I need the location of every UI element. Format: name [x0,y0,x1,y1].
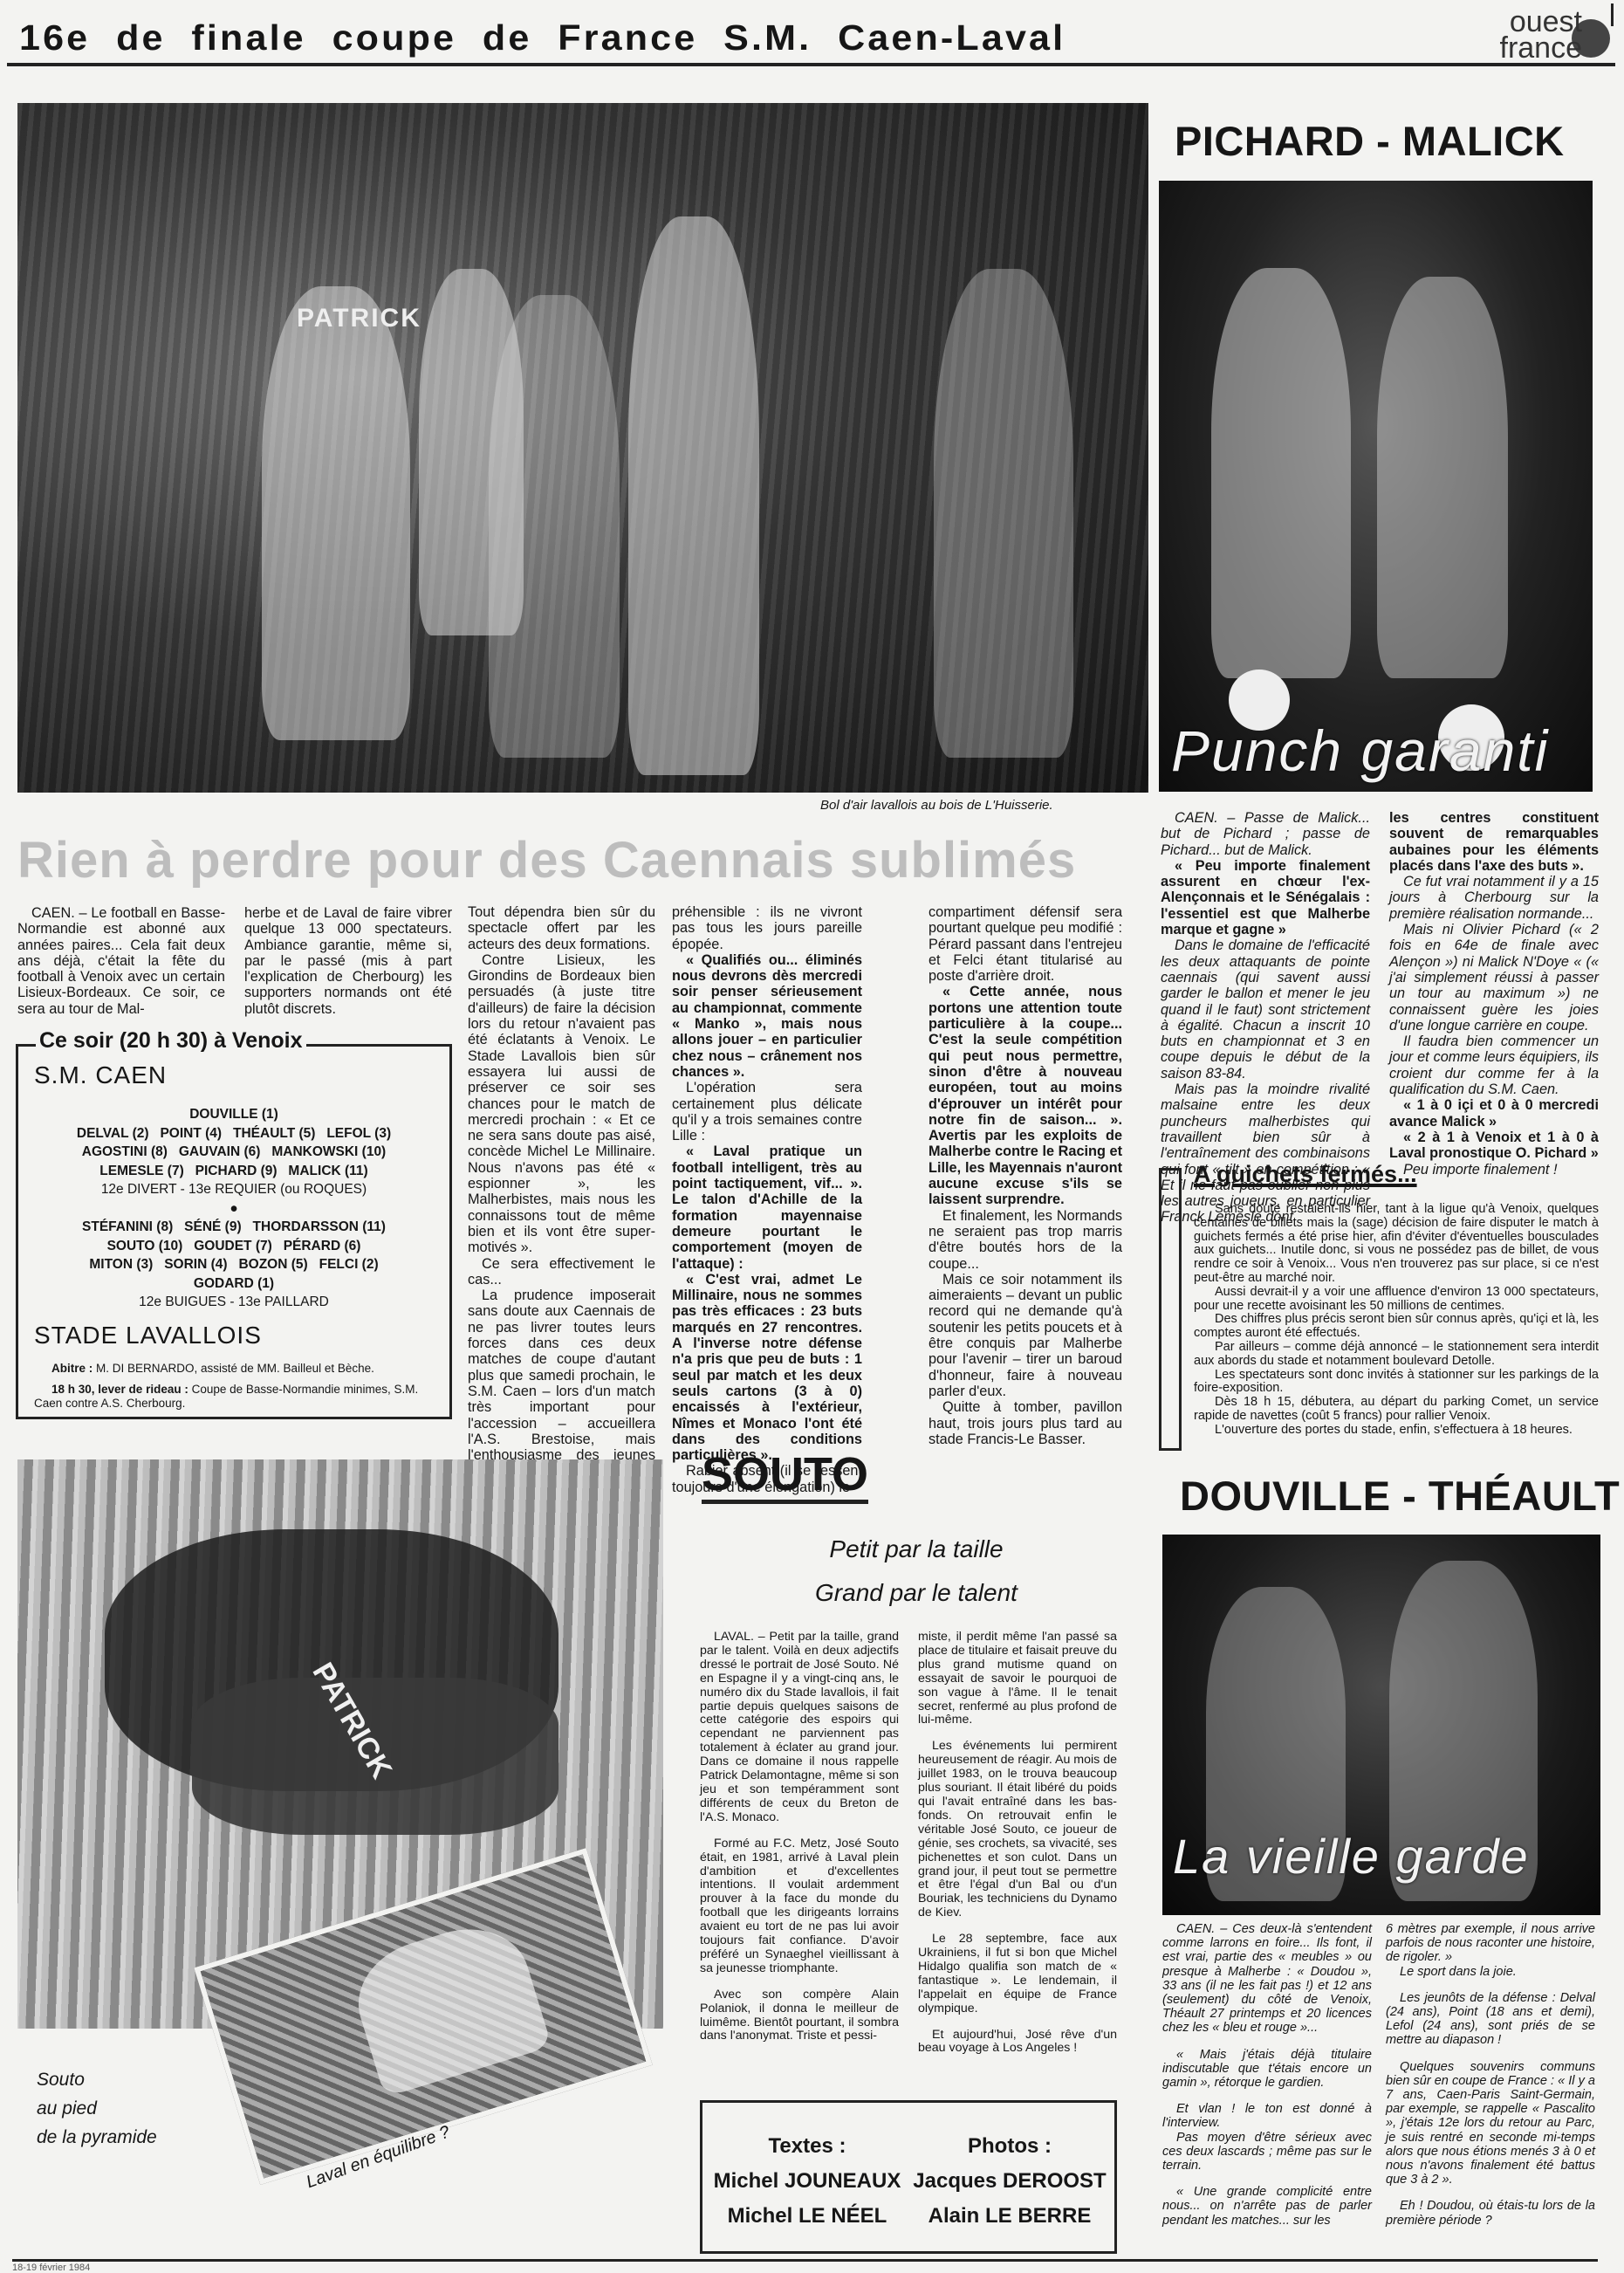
footer-rule [12,2259,1598,2262]
header-rule [7,63,1615,66]
douville-theault-title: DOUVILLE - THÉAULT [1180,1472,1620,1520]
souto-deck: Petit par la taille Grand par le talent [733,1528,1100,1615]
lineup-subs: 12e DIVERT - 13e REQUIER (ou ROQUES) [18,1180,449,1199]
team-caen-label: S.M. CAEN [34,1061,167,1089]
credit-name: Michel JOUNEAUX [711,2164,903,2199]
lineup-notes: Abitre : M. DI BERNARDO, assisté de MM. … [34,1362,441,1411]
paragraph: préhensible : ils ne vivront pas tous le… [672,904,862,952]
paragraph: Formé au F.C. Metz, José Souto était, en… [700,1837,899,1976]
paragraph: Et vlan ! le ton est donné à l'interview… [1162,2102,1372,2130]
paragraph: Les spectateurs sont donc invités à stat… [1194,1369,1599,1397]
paragraph: Avec son compère Alain Polaniok, il donn… [700,1988,899,2044]
paragraph: « C'est vrai, admet Le Millinaire, nous … [672,1272,862,1464]
douville-col1: CAEN. – Ces deux-là s'entendent comme la… [1162,1922,1372,2228]
main-article-col3: Tout dépendra bien sûr du spectacle offe… [468,904,655,1480]
lineup-row: MITON (3) SORIN (4) BOZON (5) FELCI (2) [18,1255,449,1274]
paragraph: Des chiffres plus précis seront bien sûr… [1194,1313,1599,1341]
paragraph: Tout dépendra bien sûr du spectacle offe… [468,904,655,952]
lineup-row: GODARD (1) [18,1274,449,1294]
deck-line: Petit par la taille [733,1528,1100,1571]
lineup-row: SOUTO (10) GOUDET (7) PÉRARD (6) [18,1237,449,1256]
main-article-title: Rien à perdre pour des Caennais sublimés [17,831,1076,889]
paragraph: Le 28 septembre, face aux Ukrainiens, il… [918,1933,1117,2015]
guichets-title: A guichets fermés... [1194,1161,1417,1188]
paragraph: L'ouverture des portes du stade, enfin, … [1194,1424,1599,1438]
souto-photo-caption: Souto au pied de la pyramide [37,2065,157,2152]
paragraph: Il faudra bien commencer un jour et comm… [1389,1033,1599,1097]
lineup-row: DOUVILLE (1) [18,1105,449,1124]
lineup-subs: 12e BUIGUES - 13e PAILLARD [18,1293,449,1312]
paragraph: Sans doute restaient-ils hier, tant à la… [1194,1203,1599,1286]
credit-name: Alain LE BERRE [908,2199,1111,2234]
paragraph: compartiment défensif sera pourtant quel… [928,904,1122,984]
paragraph: « 1 à 0 içi et 0 à 0 mercredi avance Mal… [1389,1097,1599,1130]
credits-texts-label: Textes : [711,2129,903,2164]
guichets-body: Sans doute restaient-ils hier, tant à la… [1194,1203,1599,1438]
paragraph: CAEN. – Passe de Malick... but de Pichar… [1161,810,1370,858]
paragraph: herbe et de Laval de faire vibrer quelqu… [244,905,452,1017]
paragraph: Contre Lisieux, les Girondins de Bordeau… [468,952,655,1256]
paragraph: L'opération sera certainement plus délic… [672,1080,862,1143]
souto-title: SOUTO [702,1449,868,1504]
credits-texts: Textes : Michel JOUNEAUX Michel LE NÉEL [711,2129,903,2234]
page-headline: 16e de finale coupe de France S.M. Caen-… [19,17,1066,58]
lineup-row: STÉFANINI (8) SÉNÉ (9) THORDARSSON (11) [18,1218,449,1237]
paragraph: Quelques souvenirs communs bien sûr en c… [1386,2060,1595,2187]
guichets-box-bar [1159,1168,1182,1451]
main-article-col1: CAEN. – Le football en Basse-Normandie e… [17,905,225,1017]
punch-garanti-overlay: Punch garanti [1171,718,1549,784]
lineup-box: Ce soir (20 h 30) à Venoix S.M. CAEN DOU… [16,1044,452,1419]
paragraph: CAEN. – Ces deux-là s'entendent comme la… [1162,1922,1372,2036]
paragraph: les centres constituent souvent de remar… [1389,810,1599,874]
credits-box: Textes : Michel JOUNEAUX Michel LE NÉEL … [700,2100,1117,2254]
paragraph: « Mais j'étais déjà titulaire indiscutab… [1162,2048,1372,2091]
referee-label: Abitre : [51,1362,93,1375]
paragraph: La prudence imposerait sans doute aux Ca… [468,1288,655,1480]
paragraph: Quitte à tomber, pavillon haut, trois jo… [928,1399,1122,1447]
logo-text-bottom: france [1477,35,1582,61]
paragraph: 6 mètres par exemple, il nous arrive par… [1386,1922,1595,1965]
main-article-col4: préhensible : ils ne vivront pas tous le… [672,904,862,1495]
pichard-malick-title: PICHARD - MALICK [1175,117,1565,165]
paragraph: LAVAL. – Petit par la taille, grand par … [700,1631,899,1825]
paragraph: Et aujourd'hui, José rêve d'un beau voya… [918,2029,1117,2057]
separator-dot-icon: ● [18,1199,449,1219]
paragraph: Par ailleurs – comme déjà annoncé – le s… [1194,1341,1599,1369]
credits-photos: Photos : Jacques DEROOST Alain LE BERRE [908,2129,1111,2234]
corner-mark [1611,3,1614,26]
main-photo-caption: Bol d'air lavallois au bois de L'Huisser… [820,798,1053,813]
pichard-malick-photo: Punch garanti [1159,181,1593,792]
caption-line: Souto [37,2065,157,2094]
paragraph: « Peu importe finalement assurent en chœ… [1161,858,1370,937]
credit-name: Jacques DEROOST [908,2164,1111,2199]
caption-line: au pied [37,2094,157,2123]
footer-date: 18-19 février 1984 [12,2263,90,2273]
paragraph: Mais ce soir notamment ils aimeraients –… [928,1272,1122,1399]
paragraph: « Laval pratique un football intelligent… [672,1143,862,1271]
paragraph: Les événements lui permirent heureusemen… [918,1740,1117,1920]
paragraph: Ce fut vrai notamment il y a 15 jours à … [1389,874,1599,922]
souto-col1: LAVAL. – Petit par la taille, grand par … [700,1631,899,2043]
jersey-text: PATRICK [297,304,421,333]
caption-line: de la pyramide [37,2123,157,2152]
credit-name: Michel LE NÉEL [711,2199,903,2234]
paragraph: « 2 à 1 à Venoix et 1 à 0 à Laval pronos… [1389,1130,1599,1162]
main-article-col2: herbe et de Laval de faire vibrer quelqu… [244,905,452,1017]
paragraph: Aussi devrait-il y a voir une affluence … [1194,1286,1599,1314]
lineup-row: LEMESLE (7) PICHARD (9) MALICK (11) [18,1162,449,1181]
souto-col2: miste, il perdit même l'an passé sa plac… [918,1631,1117,2056]
paragraph: Et finalement, les Normands ne seraient … [928,1208,1122,1272]
credits-photos-label: Photos : [908,2129,1111,2164]
pichard-malick-col2: les centres constituent souvent de remar… [1389,810,1599,1178]
paragraph: « Cette année, nous portons une attentio… [928,984,1122,1207]
deck-line: Grand par le talent [733,1571,1100,1615]
paragraph: Eh ! Doudou, où étais-tu lors de la prem… [1386,2199,1595,2227]
paragraph: Le sport dans la joie. [1386,1965,1595,1979]
paragraph: Dans le domaine de l'efficacité les deux… [1161,937,1370,1082]
paragraph: Mais ni Olivier Pichard (« 2 fois en 64e… [1389,922,1599,1033]
ouest-france-logo: ouest france [1509,9,1614,66]
lineup-row: AGOSTINI (8) GAUVAIN (6) MANKOWSKI (10) [18,1143,449,1162]
curtain-label: 18 h 30, lever de rideau : [51,1383,188,1396]
lineup-row: DELVAL (2) POINT (4) THÉAULT (5) LEFOL (… [18,1124,449,1143]
main-photo-runners: PATRICK [17,103,1148,793]
paragraph: Peu importe finalement ! [1389,1162,1599,1178]
paragraph: CAEN. – Le football en Basse-Normandie e… [17,905,225,1017]
paragraph: Les jeunôts de la défense : Delval (24 a… [1386,1991,1595,2048]
paragraph: Ce sera effectivement le cas... [468,1256,655,1288]
main-article-col5: compartiment défensif sera pourtant quel… [928,904,1122,1447]
douville-theault-photo: La vieille garde [1162,1535,1600,1915]
lineup-list: DOUVILLE (1) DELVAL (2) POINT (4) THÉAUL… [18,1105,449,1312]
paragraph: miste, il perdit même l'an passé sa plac… [918,1631,1117,1727]
paragraph: Dès 18 h 15, débutera, au départ du park… [1194,1396,1599,1424]
vieille-garde-overlay: La vieille garde [1173,1828,1530,1885]
paragraph: « Qualifiés ou... éliminés nous devrons … [672,952,862,1080]
referee-text: M. DI BERNARDO, assisté de MM. Bailleul … [96,1362,374,1375]
lineup-box-title: Ce soir (20 h 30) à Venoix [36,1028,306,1054]
paragraph: Pas moyen d'être sérieux avec ces deux l… [1162,2131,1372,2173]
douville-col2: 6 mètres par exemple, il nous arrive par… [1386,1922,1595,2228]
team-laval-label: STADE LAVALLOIS [34,1322,262,1349]
paragraph: « Une grande complicité entre nous... on… [1162,2185,1372,2228]
